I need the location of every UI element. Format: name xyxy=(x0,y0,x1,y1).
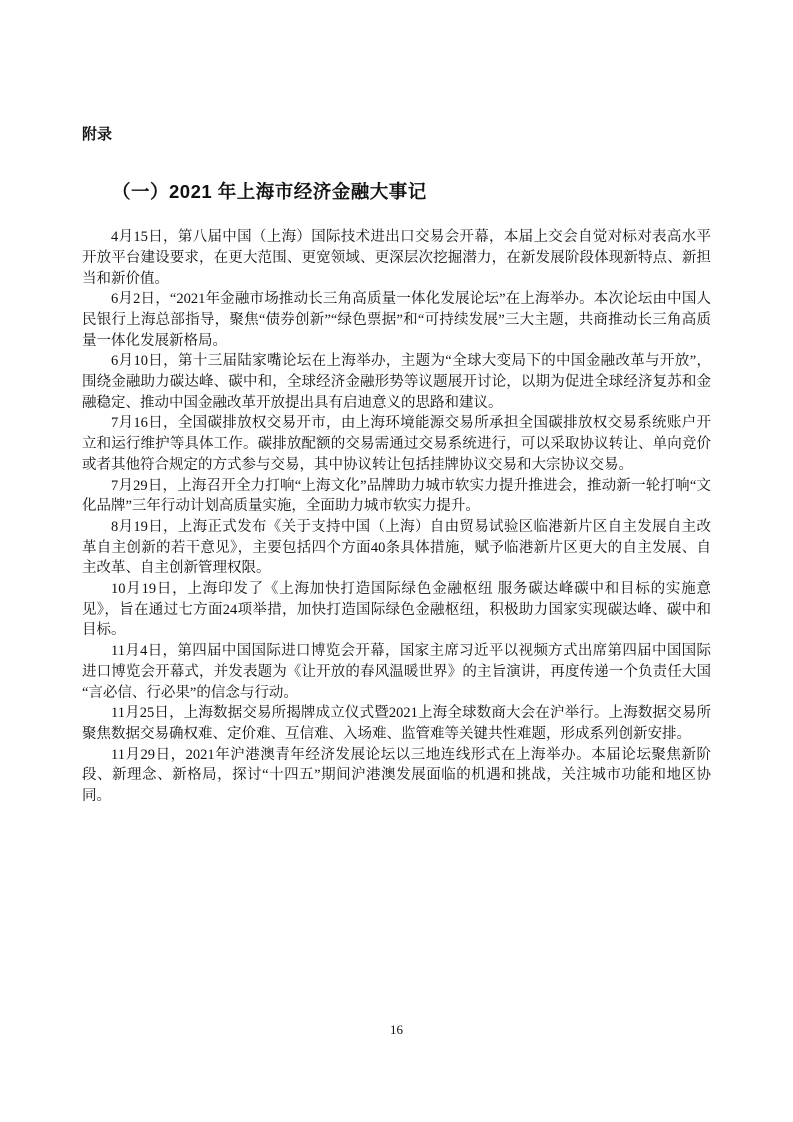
paragraph: 11月4日，第四届中国国际进口博览会开幕，国家主席习近平以视频方式出席第四届中国… xyxy=(82,641,711,703)
paragraph: 11月29日，2021年沪港澳青年经济发展论坛以三地连线形式在上海举办。本届论坛… xyxy=(82,745,711,807)
body-text: 4月15日，第八届中国（上海）国际技术进出口交易会开幕，本届上交会自觉对标对表高… xyxy=(82,227,711,807)
paragraph: 8月19日，上海正式发布《关于支持中国（上海）自由贸易试验区临港新片区自主发展自… xyxy=(82,517,711,579)
paragraph: 7月29日，上海召开全力打响“上海文化”品牌助力城市软实力提升推进会，推动新一轮… xyxy=(82,476,711,517)
paragraph: 10月19日，上海印发了《上海加快打造国际绿色金融枢纽 服务碳达峰碳中和目标的实… xyxy=(82,579,711,641)
paragraph: 7月16日，全国碳排放权交易开市，由上海环境能源交易所承担全国碳排放权交易系统账… xyxy=(82,413,711,475)
section-title: （一）2021 年上海市经济金融大事记 xyxy=(112,180,793,203)
paragraph: 4月15日，第八届中国（上海）国际技术进出口交易会开幕，本届上交会自觉对标对表高… xyxy=(82,227,711,289)
paragraph: 6月2日，“2021年金融市场推动长三角高质量一体化发展论坛”在上海举办。本次论… xyxy=(82,289,711,351)
paragraph: 6月10日，第十三届陆家嘴论坛在上海举办，主题为“全球大变局下的中国金融改革与开… xyxy=(82,351,711,413)
appendix-label: 附录 xyxy=(0,0,793,144)
document-page: 附录 （一）2021 年上海市经济金融大事记 4月15日，第八届中国（上海）国际… xyxy=(0,0,793,1122)
paragraph: 11月25日，上海数据交易所揭牌成立仪式暨2021上海全球数商大会在沪举行。上海… xyxy=(82,703,711,744)
page-number: 16 xyxy=(0,1022,793,1038)
